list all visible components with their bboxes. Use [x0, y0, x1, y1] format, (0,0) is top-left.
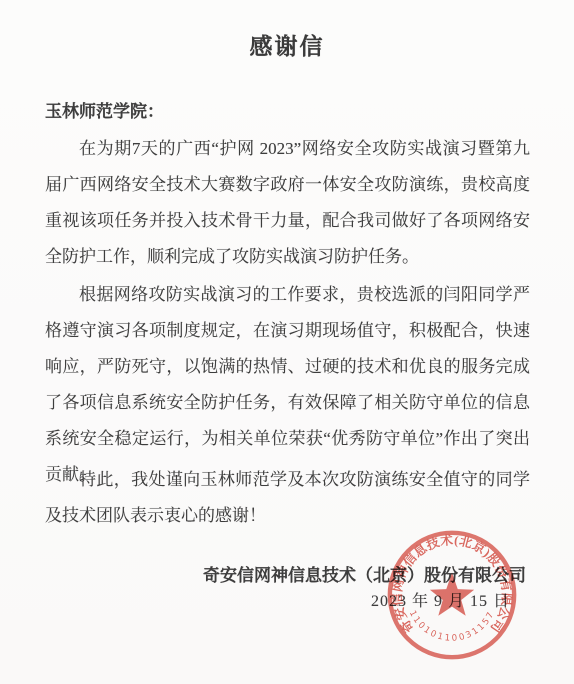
company-signature: 奇安信网神信息技术（北京）股份有限公司 — [203, 561, 526, 586]
paragraph-2: 根据网络攻防实战演习的工作要求，贵校选派的闫阳同学严格遵守演习各项制度规定，在演… — [45, 277, 530, 493]
letter-page: 感谢信 玉林师范学院： 在为期7天的广西“护网 2023”网络安全攻防实战演习暨… — [0, 0, 574, 684]
seal-serial-number: 11010110031157 — [407, 609, 497, 644]
letter-date: 2023 年 9 月 15 日 — [371, 588, 510, 611]
paragraph-3: 特此，我处谨向玉林师范学及本次攻防演练安全值守的同学及技术团队表示衷心的感谢！ — [45, 462, 530, 534]
letter-title: 感谢信 — [0, 28, 574, 61]
paragraph-1: 在为期7天的广西“护网 2023”网络安全攻防实战演习暨第九届广西网络安全技术大… — [45, 131, 530, 275]
salutation: 玉林师范学院： — [45, 97, 164, 122]
